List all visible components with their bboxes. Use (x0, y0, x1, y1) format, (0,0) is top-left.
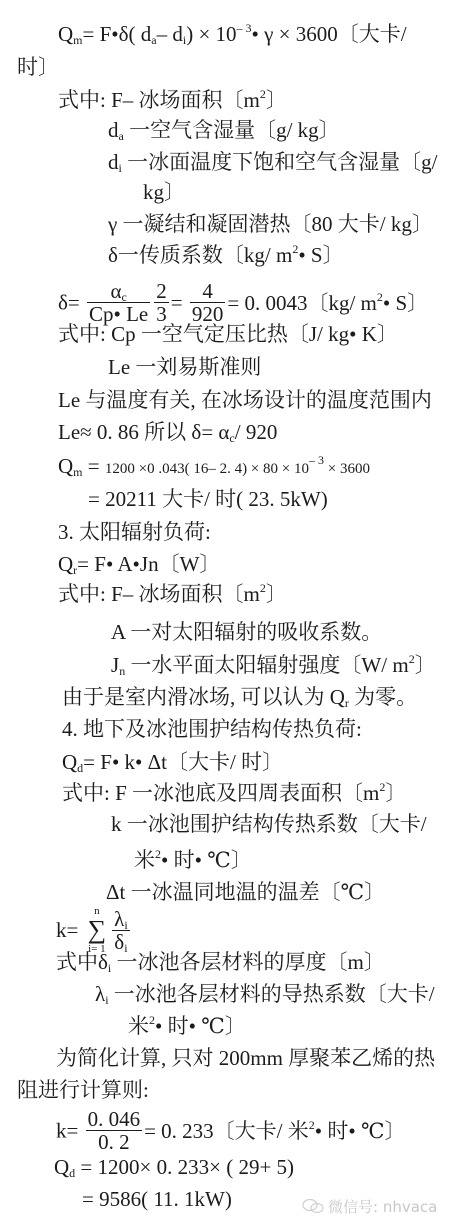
where-deltai: 式中δi 一冰池各层材料的厚度〔m〕 (56, 950, 385, 974)
section-4: 4. 地下及冰池围护结构传热负荷: (62, 717, 362, 741)
where-k: k 一冰池围护结构传热系数〔大卡/ (111, 812, 427, 836)
qr-formula: Qr= F• A•Jn〔W〕 (58, 552, 220, 576)
where-di-cont: kg〕 (143, 180, 185, 204)
watermark: 微信号: nhvaca (302, 1196, 437, 1217)
qm-unit-cont: 时〕 (17, 55, 59, 79)
simplify-note: 为简化计算, 只对 200mm 厚聚苯乙烯的热 (56, 1046, 435, 1070)
section-3: 3. 太阳辐射负荷: (58, 520, 211, 544)
fraction: λiδi (112, 908, 130, 953)
where-da: da 一空气含湿量〔g/ kg〕 (108, 118, 340, 142)
where-gamma: γ 一凝结和凝固潜热〔80 大卡/ kg〕 (108, 212, 433, 236)
k-calc: k= 0. 0460. 2= 0. 233〔大卡/ 米2• 时• ℃〕 (56, 1108, 405, 1153)
watermark-text: 微信号: nhvaca (328, 1198, 437, 1216)
qm-formula: Qm= F•δ( da– di) × 10– 3• γ × 3600〔大卡/ (58, 22, 407, 46)
where-a: A 一对太阳辐射的吸收系数。 (111, 620, 382, 644)
qd-calc: Qd = 1200× 0. 233× ( 29+ 5) (54, 1155, 294, 1179)
where-dt: Δt 一冰温同地温的温差〔℃〕 (106, 880, 385, 904)
where-di: di 一冰面温度下饱和空气含湿量〔g/ (108, 150, 437, 174)
simplify-note-cont: 阻进行计算则: (17, 1078, 149, 1102)
sigma-sum: n∑i= 1 (88, 905, 107, 955)
where-le: Le 一刘易斯准则 (108, 355, 261, 379)
qr-note: 由于是室内滑冰场, 可以认为 Qr 为零。 (62, 685, 417, 709)
fraction: 0. 0460. 2 (86, 1108, 143, 1153)
wechat-icon (302, 1198, 324, 1214)
where-k-cont: 米2• 时• ℃〕 (134, 848, 252, 872)
fraction: 4920 (190, 280, 226, 325)
where-f-3: 式中: F 一冰池底及四周表面积〔m2〕 (62, 781, 406, 805)
qd-formula: Qd= F• k• Δt〔大卡/ 时〕 (62, 750, 283, 774)
where-f: 式中: F– 冰场面积〔m2〕 (58, 88, 287, 112)
qm-calc: Qm = 1200 ×0 .043( 16– 2. 4) × 80 × 10– … (58, 454, 370, 481)
fraction: αcCp• Le (87, 280, 150, 325)
qd-result: = 9586( 11. 1kW) (82, 1187, 232, 1211)
delta-formula: δ= αcCp• Le23= 4920= 0. 0043〔kg/ m2• S〕 (58, 280, 428, 325)
k-sum: k= n∑i= 1λiδi (56, 905, 132, 955)
where-cp: 式中: Cp 一空气定压比热〔J/ kg• K〕 (58, 322, 398, 346)
le-note: Le 与温度有关, 在冰场设计的温度范围内 (58, 388, 432, 412)
le-value: Le≈ 0. 86 所以 δ= αc/ 920 (58, 420, 277, 444)
fraction: 23 (154, 280, 169, 325)
where-jn: Jn 一水平面太阳辐射强度〔W/ m2〕 (111, 653, 436, 677)
where-lambda-cont: 米2• 时• ℃〕 (128, 1014, 246, 1038)
qm-result: = 20211 大卡/ 时( 23. 5kW) (88, 487, 328, 511)
where-lambda: λi 一冰池各层材料的导热系数〔大卡/ (95, 982, 435, 1006)
where-f-2: 式中: F– 冰场面积〔m2〕 (58, 582, 287, 606)
where-delta: δ一传质系数〔kg/ m2• S〕 (108, 243, 344, 267)
